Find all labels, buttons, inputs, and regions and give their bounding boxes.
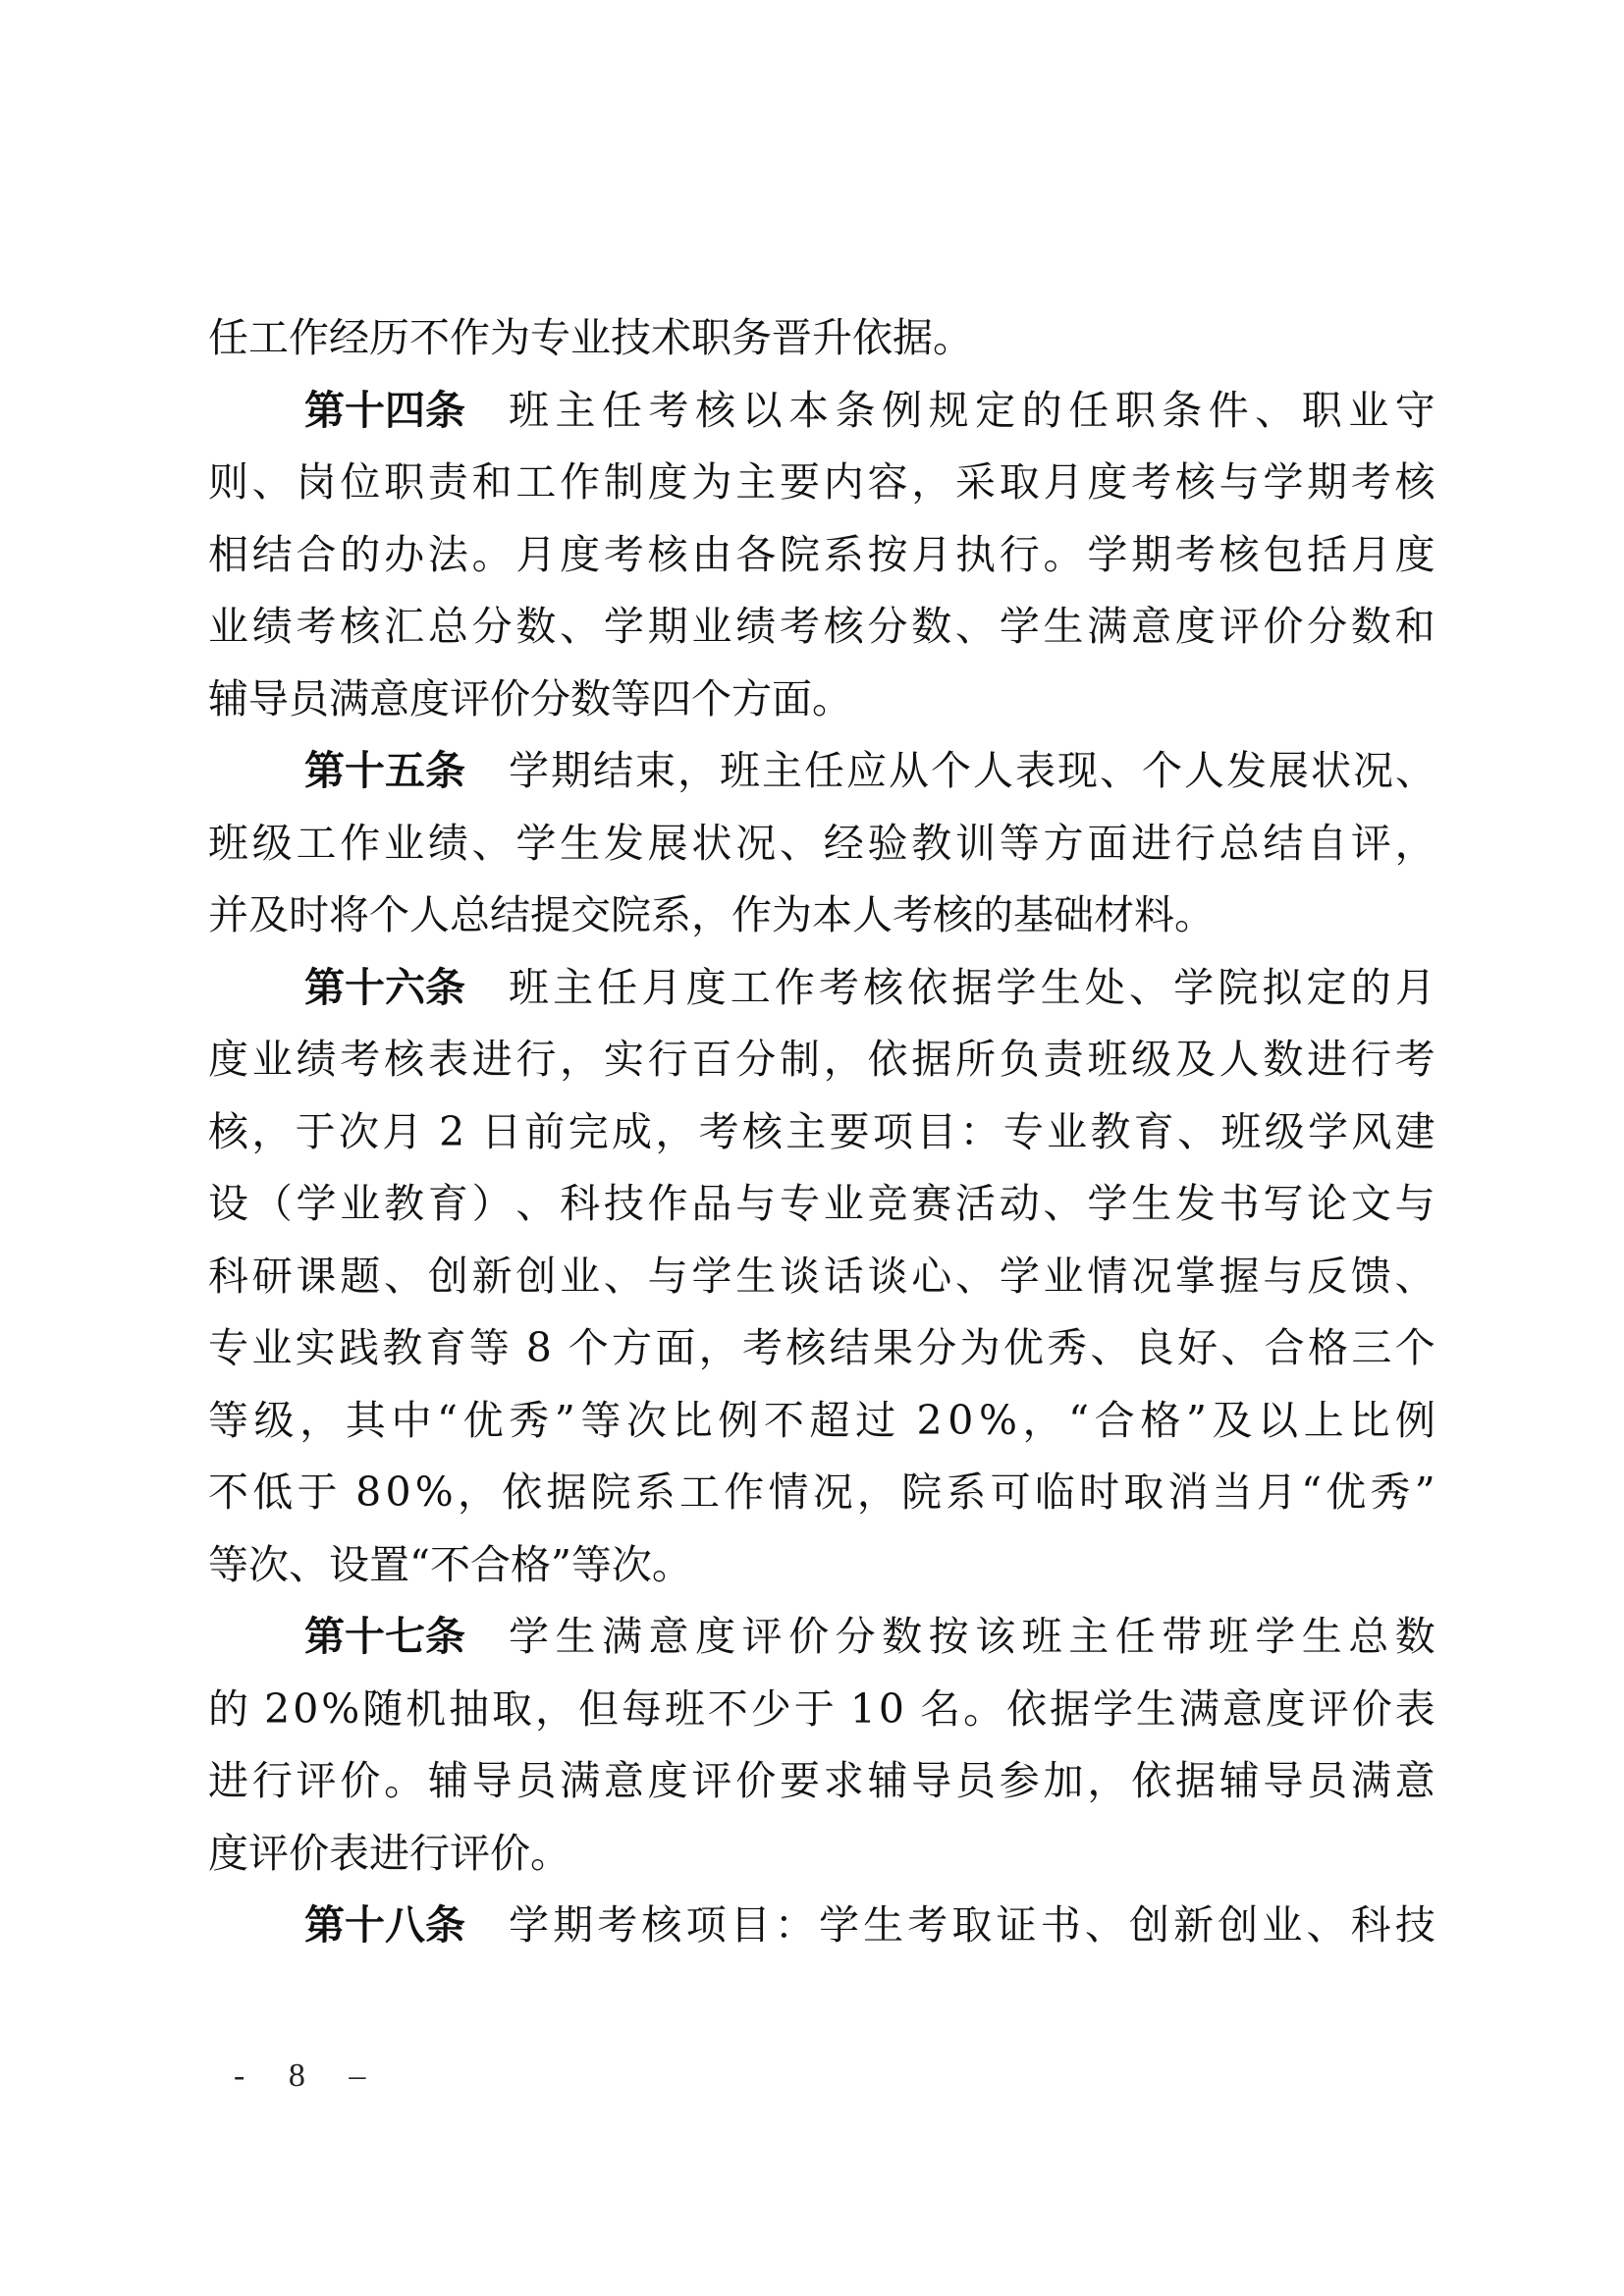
text-line: 进行评价。辅导员满意度评价要求辅导员参加，依据辅导员满意	[208, 1745, 1435, 1818]
text-line: 科研课题、创新创业、与学生谈话谈心、学业情况掌握与反馈、	[208, 1241, 1435, 1313]
line-text: 进行评价。辅导员满意度评价要求辅导员参加，依据辅导员满意	[208, 1745, 1435, 1818]
text-line: 业绩考核汇总分数、学期业绩考核分数、学生满意度评价分数和	[208, 591, 1435, 664]
line-text: 并及时将个人总结提交院系，作为本人考核的基础材料。	[208, 891, 1215, 938]
line-text: 班主任月度工作考核依据学生处、学院拟定的月	[509, 952, 1435, 1025]
text-line: 设（学业教育）、科技作品与专业竞赛活动、学生发书写论文与	[208, 1168, 1435, 1241]
line-text: 班主任考核以本条例规定的任职条件、职业守	[509, 375, 1435, 448]
text-line: 并及时将个人总结提交院系，作为本人考核的基础材料。	[208, 880, 1435, 952]
line-text: 核，于次月 2 日前完成，考核主要项目：专业教育、班级学风建	[208, 1096, 1435, 1169]
line-text: 等级，其中“优秀”等次比例不超过 20%，“合格”及以上比例	[208, 1385, 1435, 1458]
text-line: 不低于 80%，依据院系工作情况，院系可临时取消当月“优秀”	[208, 1457, 1435, 1529]
text-line: 专业实践教育等 8 个方面，考核结果分为优秀、良好、合格三个	[208, 1312, 1435, 1385]
article-first-line: 第十六条班主任月度工作考核依据学生处、学院拟定的月	[208, 952, 1435, 1025]
line-text: 业绩考核汇总分数、学期业绩考核分数、学生满意度评价分数和	[208, 591, 1435, 664]
article-first-line: 第十四条班主任考核以本条例规定的任职条件、职业守	[208, 375, 1435, 448]
document-body: 任工作经历不作为专业技术职务晋升依据。第十四条班主任考核以本条例规定的任职条件、…	[208, 302, 1435, 1962]
line-text: 专业实践教育等 8 个方面，考核结果分为优秀、良好、合格三个	[208, 1312, 1435, 1385]
line-text: 班级工作业绩、学生发展状况、经验教训等方面进行总结自评，	[208, 808, 1435, 881]
page-number: - 8 –	[234, 2057, 383, 2095]
article-number: 第十八条	[304, 1890, 465, 1962]
line-text: 科研课题、创新创业、与学生谈话谈心、学业情况掌握与反馈、	[208, 1241, 1435, 1313]
line-text: 设（学业教育）、科技作品与专业竞赛活动、学生发书写论文与	[208, 1168, 1435, 1241]
text-line: 任工作经历不作为专业技术职务晋升依据。	[208, 302, 1435, 375]
article-number: 第十六条	[304, 952, 465, 1025]
text-line: 班级工作业绩、学生发展状况、经验教训等方面进行总结自评，	[208, 808, 1435, 881]
line-text: 则、岗位职责和工作制度为主要内容，采取月度考核与学期考核	[208, 447, 1435, 519]
line-text: 度评价表进行评价。	[208, 1830, 570, 1877]
line-text: 度业绩考核表进行，实行百分制，依据所负责班级及人数进行考	[208, 1024, 1435, 1096]
text-line: 的 20%随机抽取，但每班不少于 10 名。依据学生满意度评价表	[208, 1674, 1435, 1746]
document-page: 任工作经历不作为专业技术职务晋升依据。第十四条班主任考核以本条例规定的任职条件、…	[0, 0, 1624, 2296]
article-first-line: 第十五条学期结束，班主任应从个人表现、个人发展状况、	[208, 735, 1435, 808]
line-text: 学期结束，班主任应从个人表现、个人发展状况、	[509, 735, 1435, 808]
text-line: 相结合的办法。月度考核由各院系按月执行。学期考核包括月度	[208, 519, 1435, 592]
line-text: 学生满意度评价分数按该班主任带班学生总数	[509, 1601, 1435, 1674]
text-line: 等次、设置“不合格”等次。	[208, 1529, 1435, 1602]
text-line: 度评价表进行评价。	[208, 1818, 1435, 1891]
line-text: 的 20%随机抽取，但每班不少于 10 名。依据学生满意度评价表	[208, 1674, 1435, 1746]
text-line: 度业绩考核表进行，实行百分制，依据所负责班级及人数进行考	[208, 1024, 1435, 1096]
text-line: 核，于次月 2 日前完成，考核主要项目：专业教育、班级学风建	[208, 1096, 1435, 1169]
line-text: 学期考核项目：学生考取证书、创新创业、科技	[509, 1890, 1435, 1962]
article-first-line: 第十七条学生满意度评价分数按该班主任带班学生总数	[208, 1601, 1435, 1674]
article-number: 第十七条	[304, 1601, 465, 1674]
line-text: 不低于 80%，依据院系工作情况，院系可临时取消当月“优秀”	[208, 1457, 1435, 1529]
line-text: 等次、设置“不合格”等次。	[208, 1541, 692, 1588]
text-line: 等级，其中“优秀”等次比例不超过 20%，“合格”及以上比例	[208, 1385, 1435, 1458]
line-text: 任工作经历不作为专业技术职务晋升依据。	[208, 314, 973, 361]
text-line: 则、岗位职责和工作制度为主要内容，采取月度考核与学期考核	[208, 447, 1435, 519]
article-number: 第十五条	[304, 735, 465, 808]
line-text: 辅导员满意度评价分数等四个方面。	[208, 675, 852, 722]
article-first-line: 第十八条学期考核项目：学生考取证书、创新创业、科技	[208, 1890, 1435, 1962]
text-line: 辅导员满意度评价分数等四个方面。	[208, 664, 1435, 736]
line-text: 相结合的办法。月度考核由各院系按月执行。学期考核包括月度	[208, 519, 1435, 592]
article-number: 第十四条	[304, 375, 465, 448]
